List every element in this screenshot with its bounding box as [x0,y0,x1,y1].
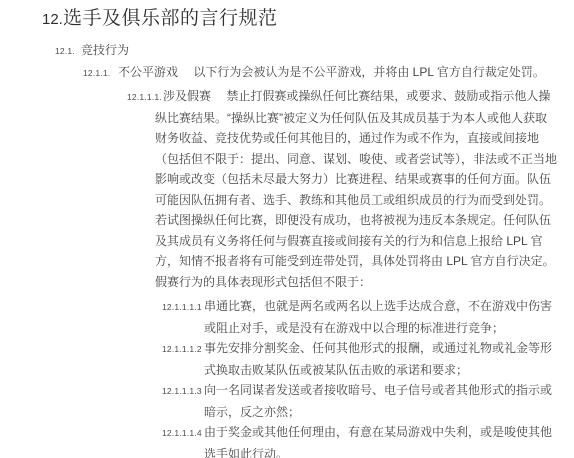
clause-12-1-1-number: 12.1.1. [83,63,111,84]
section-heading: 12.选手及俱乐部的言行规范 [42,6,574,33]
rules-document: 12.选手及俱乐部的言行规范 12.1.竞技行为 12.1.1.不公平游戏 以下… [0,6,574,458]
subclause-12-1-1-1-1-number: 12.1.1.1.1 [162,297,198,318]
subclause-12-1-1-1-2-text: 事先安排分割奖金、任何其他形式的报酬，或通过礼物或礼金等形式换取击败某队伍或被某… [204,341,552,377]
subclause-12-1-1-1-2-number: 12.1.1.1.2 [162,339,198,360]
clause-12-1-1-1-number: 12.1.1.1. [127,87,157,108]
subclause-12-1-1-1-4-number: 12.1.1.1.4 [162,423,198,444]
subclause-12-1-1-1-4: 12.1.1.1.4由于奖金或其他任何理由，有意在某局游戏中失利，或是唆使其他选… [162,422,557,458]
clause-12-1-title: 竞技行为 [81,43,129,57]
subclause-12-1-1-1-2: 12.1.1.1.2事先安排分割奖金、任何其他形式的报酬，或通过礼物或礼金等形式… [162,338,557,380]
clause-12-1-number: 12.1. [55,41,75,62]
section-heading-number: 12. [42,7,63,33]
subclause-12-1-1-1-3-text: 向一名同谋者发送或者接收暗号、电子信号或者其他形式的指示或暗示，反之亦然； [204,383,552,419]
subclause-12-1-1-1-3: 12.1.1.1.3向一名同谋者发送或者接收暗号、电子信号或者其他形式的指示或暗… [162,380,557,422]
clause-12-1: 12.1.竞技行为 [55,40,574,62]
section-heading-title: 选手及俱乐部的言行规范 [63,8,278,29]
subclause-12-1-1-1-1: 12.1.1.1.1串通比赛，也就是两名或两名以上选手达成合意，不在游戏中伤害或… [162,296,557,338]
clause-12-1-1-1: 12.1.1.1.涉及假赛 禁止打假赛或操纵任何比赛结果，或要求、鼓励或指示他人… [127,86,557,292]
clause-12-1-1: 12.1.1.不公平游戏 以下行为会被认为是不公平游戏，并将由 LPL 官方自行… [83,62,574,84]
subclause-12-1-1-1-4-text: 由于奖金或其他任何理由，有意在某局游戏中失利，或是唆使其他选手如此行动。 [204,425,552,458]
subclause-12-1-1-1-3-number: 12.1.1.1.3 [162,381,198,402]
clause-12-1-1-1-text: 涉及假赛 禁止打假赛或操纵任何比赛结果，或要求、鼓励或指示他人操纵比赛结果。“操… [155,89,557,289]
clause-12-1-1-text: 不公平游戏 以下行为会被认为是不公平游戏，并将由 LPL 官方自行裁定处罚。 [118,65,545,79]
subclause-12-1-1-1-1-text: 串通比赛，也就是两名或两名以上选手达成合意，不在游戏中伤害或阻止对手，或是没有在… [204,299,552,335]
subclause-list: 12.1.1.1.1串通比赛，也就是两名或两名以上选手达成合意，不在游戏中伤害或… [0,296,574,458]
